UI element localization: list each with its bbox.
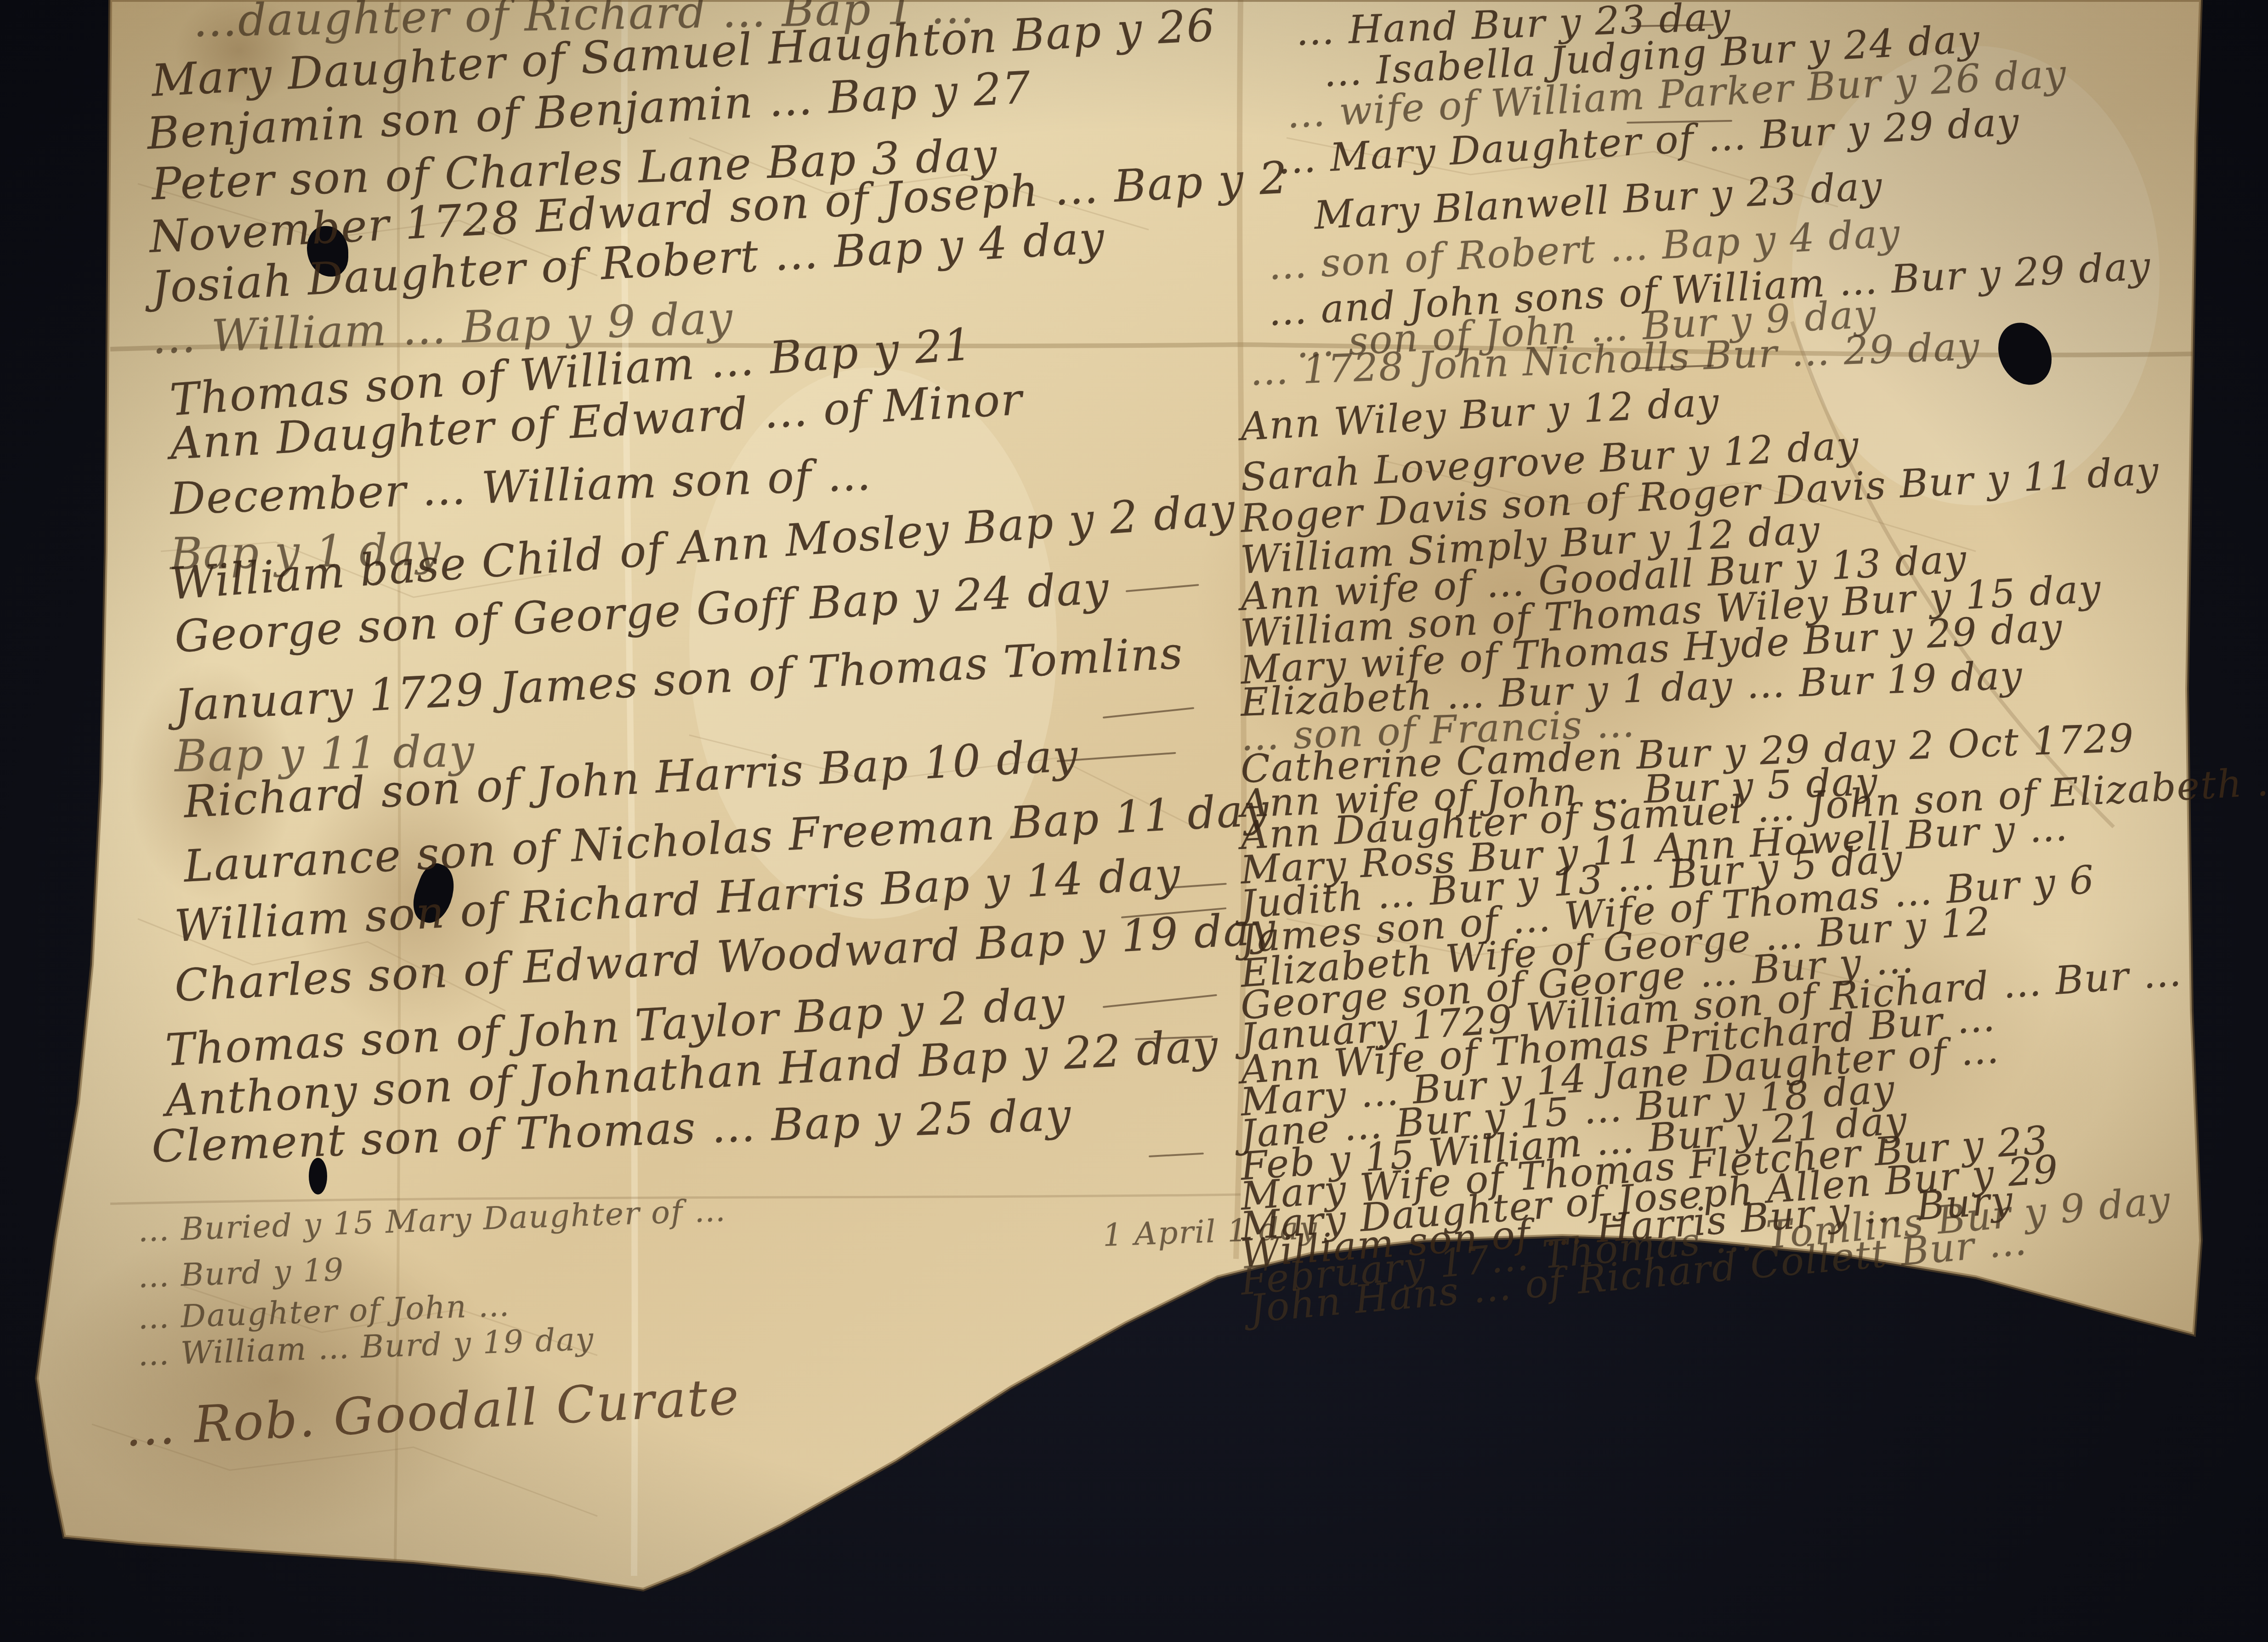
- photo-stage: …daughter of Richard … Bap 1 … Mary Daug…: [0, 0, 2268, 1642]
- register-entry-lower: … Burd y 19: [137, 1251, 345, 1295]
